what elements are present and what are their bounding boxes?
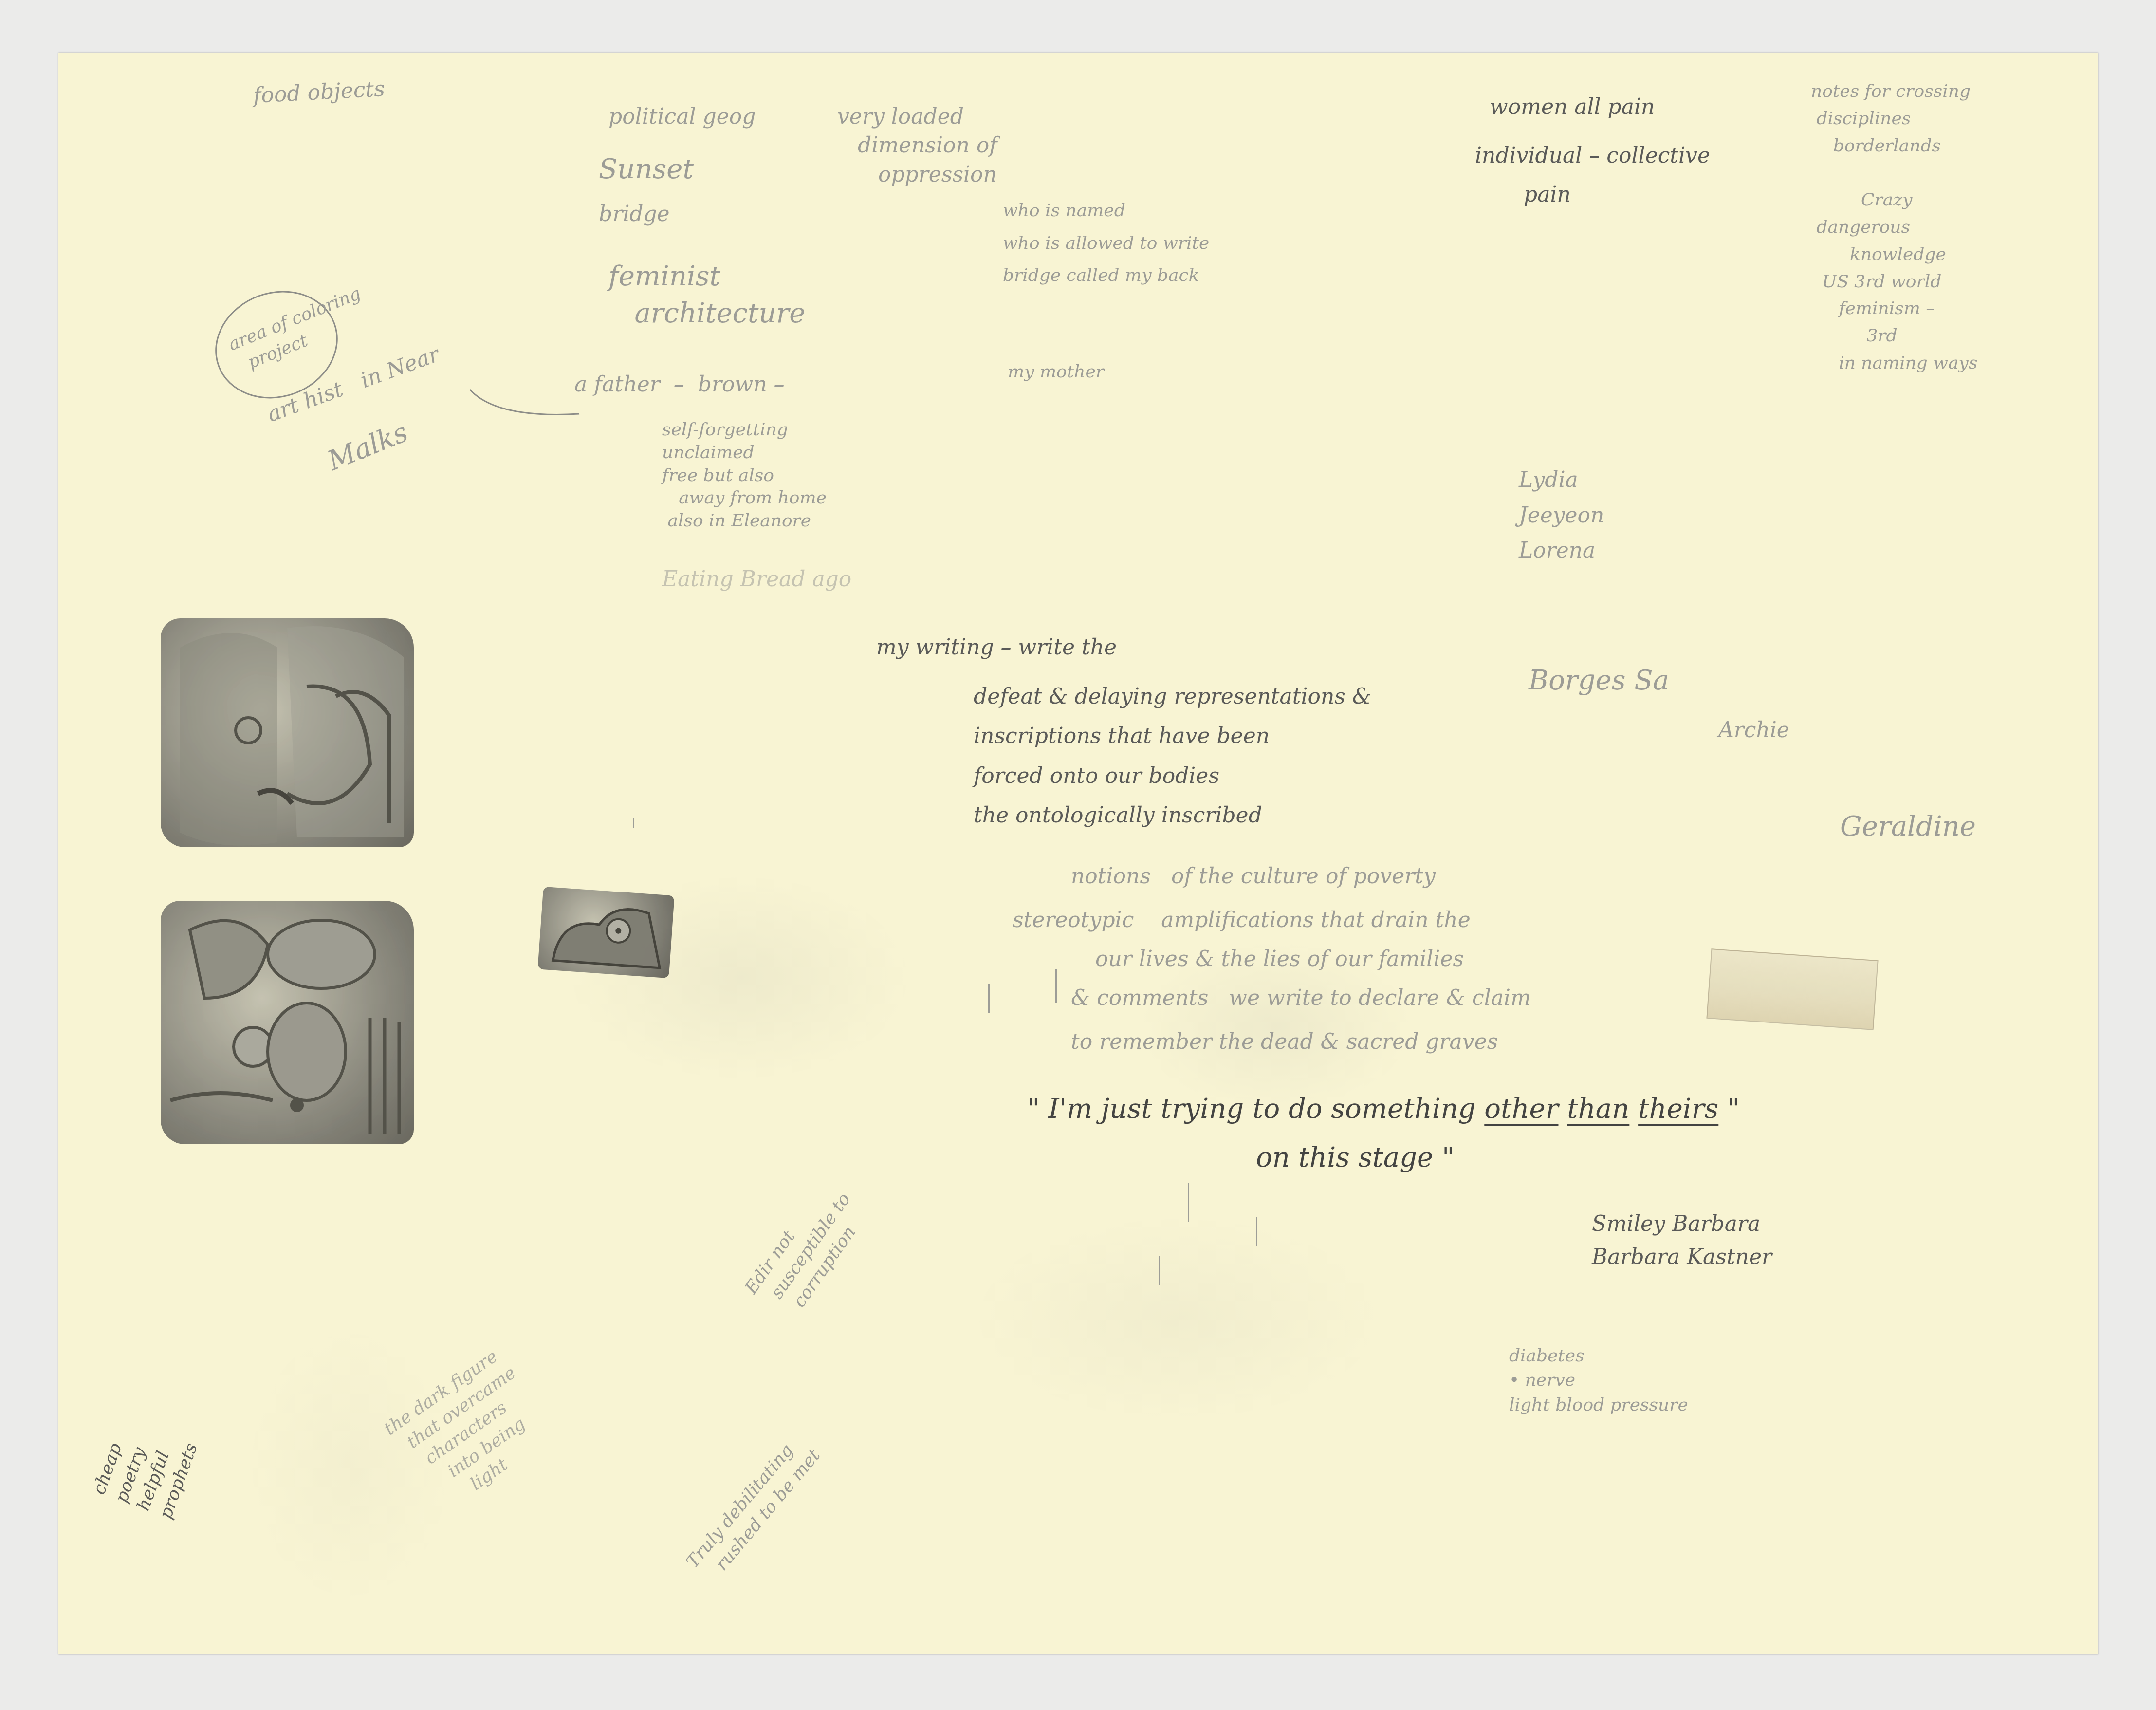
note-political-geog: political geog	[608, 102, 756, 131]
note-self-forgetting: self-forgetting unclaimed free but also …	[662, 419, 827, 533]
note-a-father-brown: a father – brown –	[574, 370, 784, 399]
note-defeat-paragraph: defeat & delaying representations & insc…	[974, 677, 1371, 836]
paper-sheet	[58, 53, 2098, 1654]
note-borges: Borges Sa	[1529, 662, 1669, 699]
note-faint-line: Eating Bread ago	[662, 565, 851, 594]
note-names: Lydia Jeeyeon Lorena	[1519, 463, 1604, 569]
pencil-mark	[988, 984, 990, 1013]
note-to-remember: to remember the dead & sacred graves	[1071, 1027, 1498, 1056]
note-individual-collective: individual – collective	[1475, 141, 1710, 170]
glyph-head-variant	[161, 901, 414, 1144]
note-smiley-barbara: Smiley Barbara Barbara Kastner	[1592, 1208, 1772, 1274]
note-very-loaded: very loaded dimension of oppression	[837, 102, 997, 189]
note-my-writing: my writing – write the	[876, 633, 1117, 662]
pencil-mark	[1256, 1217, 1257, 1246]
pencil-mark	[1188, 1183, 1189, 1222]
quote-text: " I'm just trying to do something	[1027, 1093, 1484, 1125]
note-my-mother: my mother	[1008, 360, 1104, 384]
note-diabetes: diabetes • nerve light blood pressure	[1509, 1344, 1688, 1417]
note-feminist-architecture: feminist architecture	[608, 258, 805, 332]
margin-mark	[1055, 969, 1057, 1003]
note-women-all-pain: women all pain	[1490, 93, 1655, 121]
note-who-is-named: who is named who is allowed to write bri…	[1003, 195, 1209, 292]
note-notions: notions of the culture of poverty	[1071, 862, 1436, 891]
note-quote-line2: on this stage "	[1256, 1139, 1455, 1176]
note-archie: Archie	[1718, 716, 1789, 744]
glyph-face-profile	[161, 618, 414, 847]
pencil-mark	[1159, 1256, 1160, 1285]
connector-line	[467, 385, 584, 424]
note-quote-line1: " I'm just trying to do something other …	[1027, 1091, 1740, 1128]
note-and-comments: & comments we write to declare & claim	[1071, 984, 1531, 1012]
quote-underlined-than: than	[1567, 1093, 1629, 1125]
glyph-fragment	[537, 887, 674, 978]
note-pain: pain	[1524, 180, 1571, 209]
note-sunset: Sunset	[599, 151, 694, 188]
note-right-column: notes for crossing disciplines borderlan…	[1811, 78, 1977, 377]
note-stereotypic: stereotypic amplifications that drain th…	[1013, 906, 1471, 934]
pencil-mark	[633, 818, 634, 828]
quote-close: "	[1718, 1093, 1740, 1125]
quote-underlined-other: other	[1484, 1093, 1558, 1125]
note-bridge: bridge	[599, 200, 670, 228]
note-geraldine: Geraldine	[1840, 808, 1976, 845]
note-our-lives: our lives & the lies of our families	[1095, 945, 1464, 973]
tape-piece	[1706, 948, 1878, 1030]
quote-underlined-theirs: theirs	[1638, 1093, 1718, 1125]
